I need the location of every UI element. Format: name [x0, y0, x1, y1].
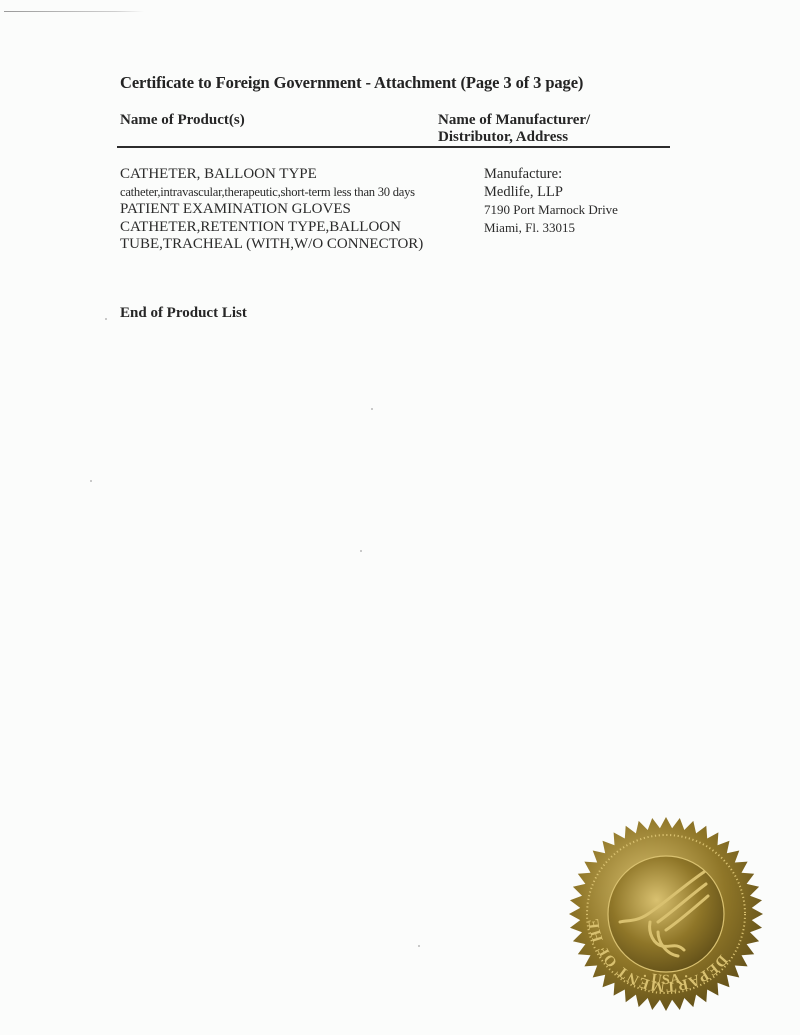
manufacturer-name: Medlife, LLP	[484, 184, 618, 202]
manufacturer-address: Manufacture: Medlife, LLP 7190 Port Marn…	[484, 166, 618, 236]
manufacturer-header-line1: Name of Manufacturer/	[438, 112, 590, 129]
product-item: CATHETER, BALLOON TYPE	[120, 166, 423, 184]
product-item: CATHETER,RETENTION TYPE,BALLOON	[120, 219, 423, 237]
scan-speck	[360, 550, 362, 552]
product-list: CATHETER, BALLOON TYPE catheter,intravas…	[120, 166, 423, 254]
manufacturer-header-line2: Distributor, Address	[438, 129, 590, 146]
manufacturer-column-header: Name of Manufacturer/ Distributor, Addre…	[438, 112, 590, 146]
hhs-gold-seal-icon: DEPARTMENT OF HEALTH & HUMAN SERVICES · …	[566, 814, 766, 1014]
scan-speck	[105, 318, 107, 320]
manufacturer-city: Miami, Fl. 33015	[484, 219, 618, 237]
products-column-header: Name of Product(s)	[120, 112, 245, 129]
header-divider	[117, 146, 670, 148]
document-title: Certificate to Foreign Government - Atta…	[120, 73, 583, 93]
end-of-list-label: End of Product List	[120, 305, 247, 322]
manufacturer-label: Manufacture:	[484, 166, 618, 184]
manufacturer-street: 7190 Port Marnock Drive	[484, 201, 618, 219]
scan-speck	[371, 408, 373, 410]
scan-speck	[418, 945, 420, 947]
product-item: PATIENT EXAMINATION GLOVES	[120, 201, 423, 219]
product-item: TUBE,TRACHEAL (WITH,W/O CONNECTOR)	[120, 236, 423, 254]
scan-speck	[90, 480, 92, 482]
scan-artifact-line	[4, 11, 144, 12]
product-item: catheter,intravascular,therapeutic,short…	[120, 184, 423, 202]
